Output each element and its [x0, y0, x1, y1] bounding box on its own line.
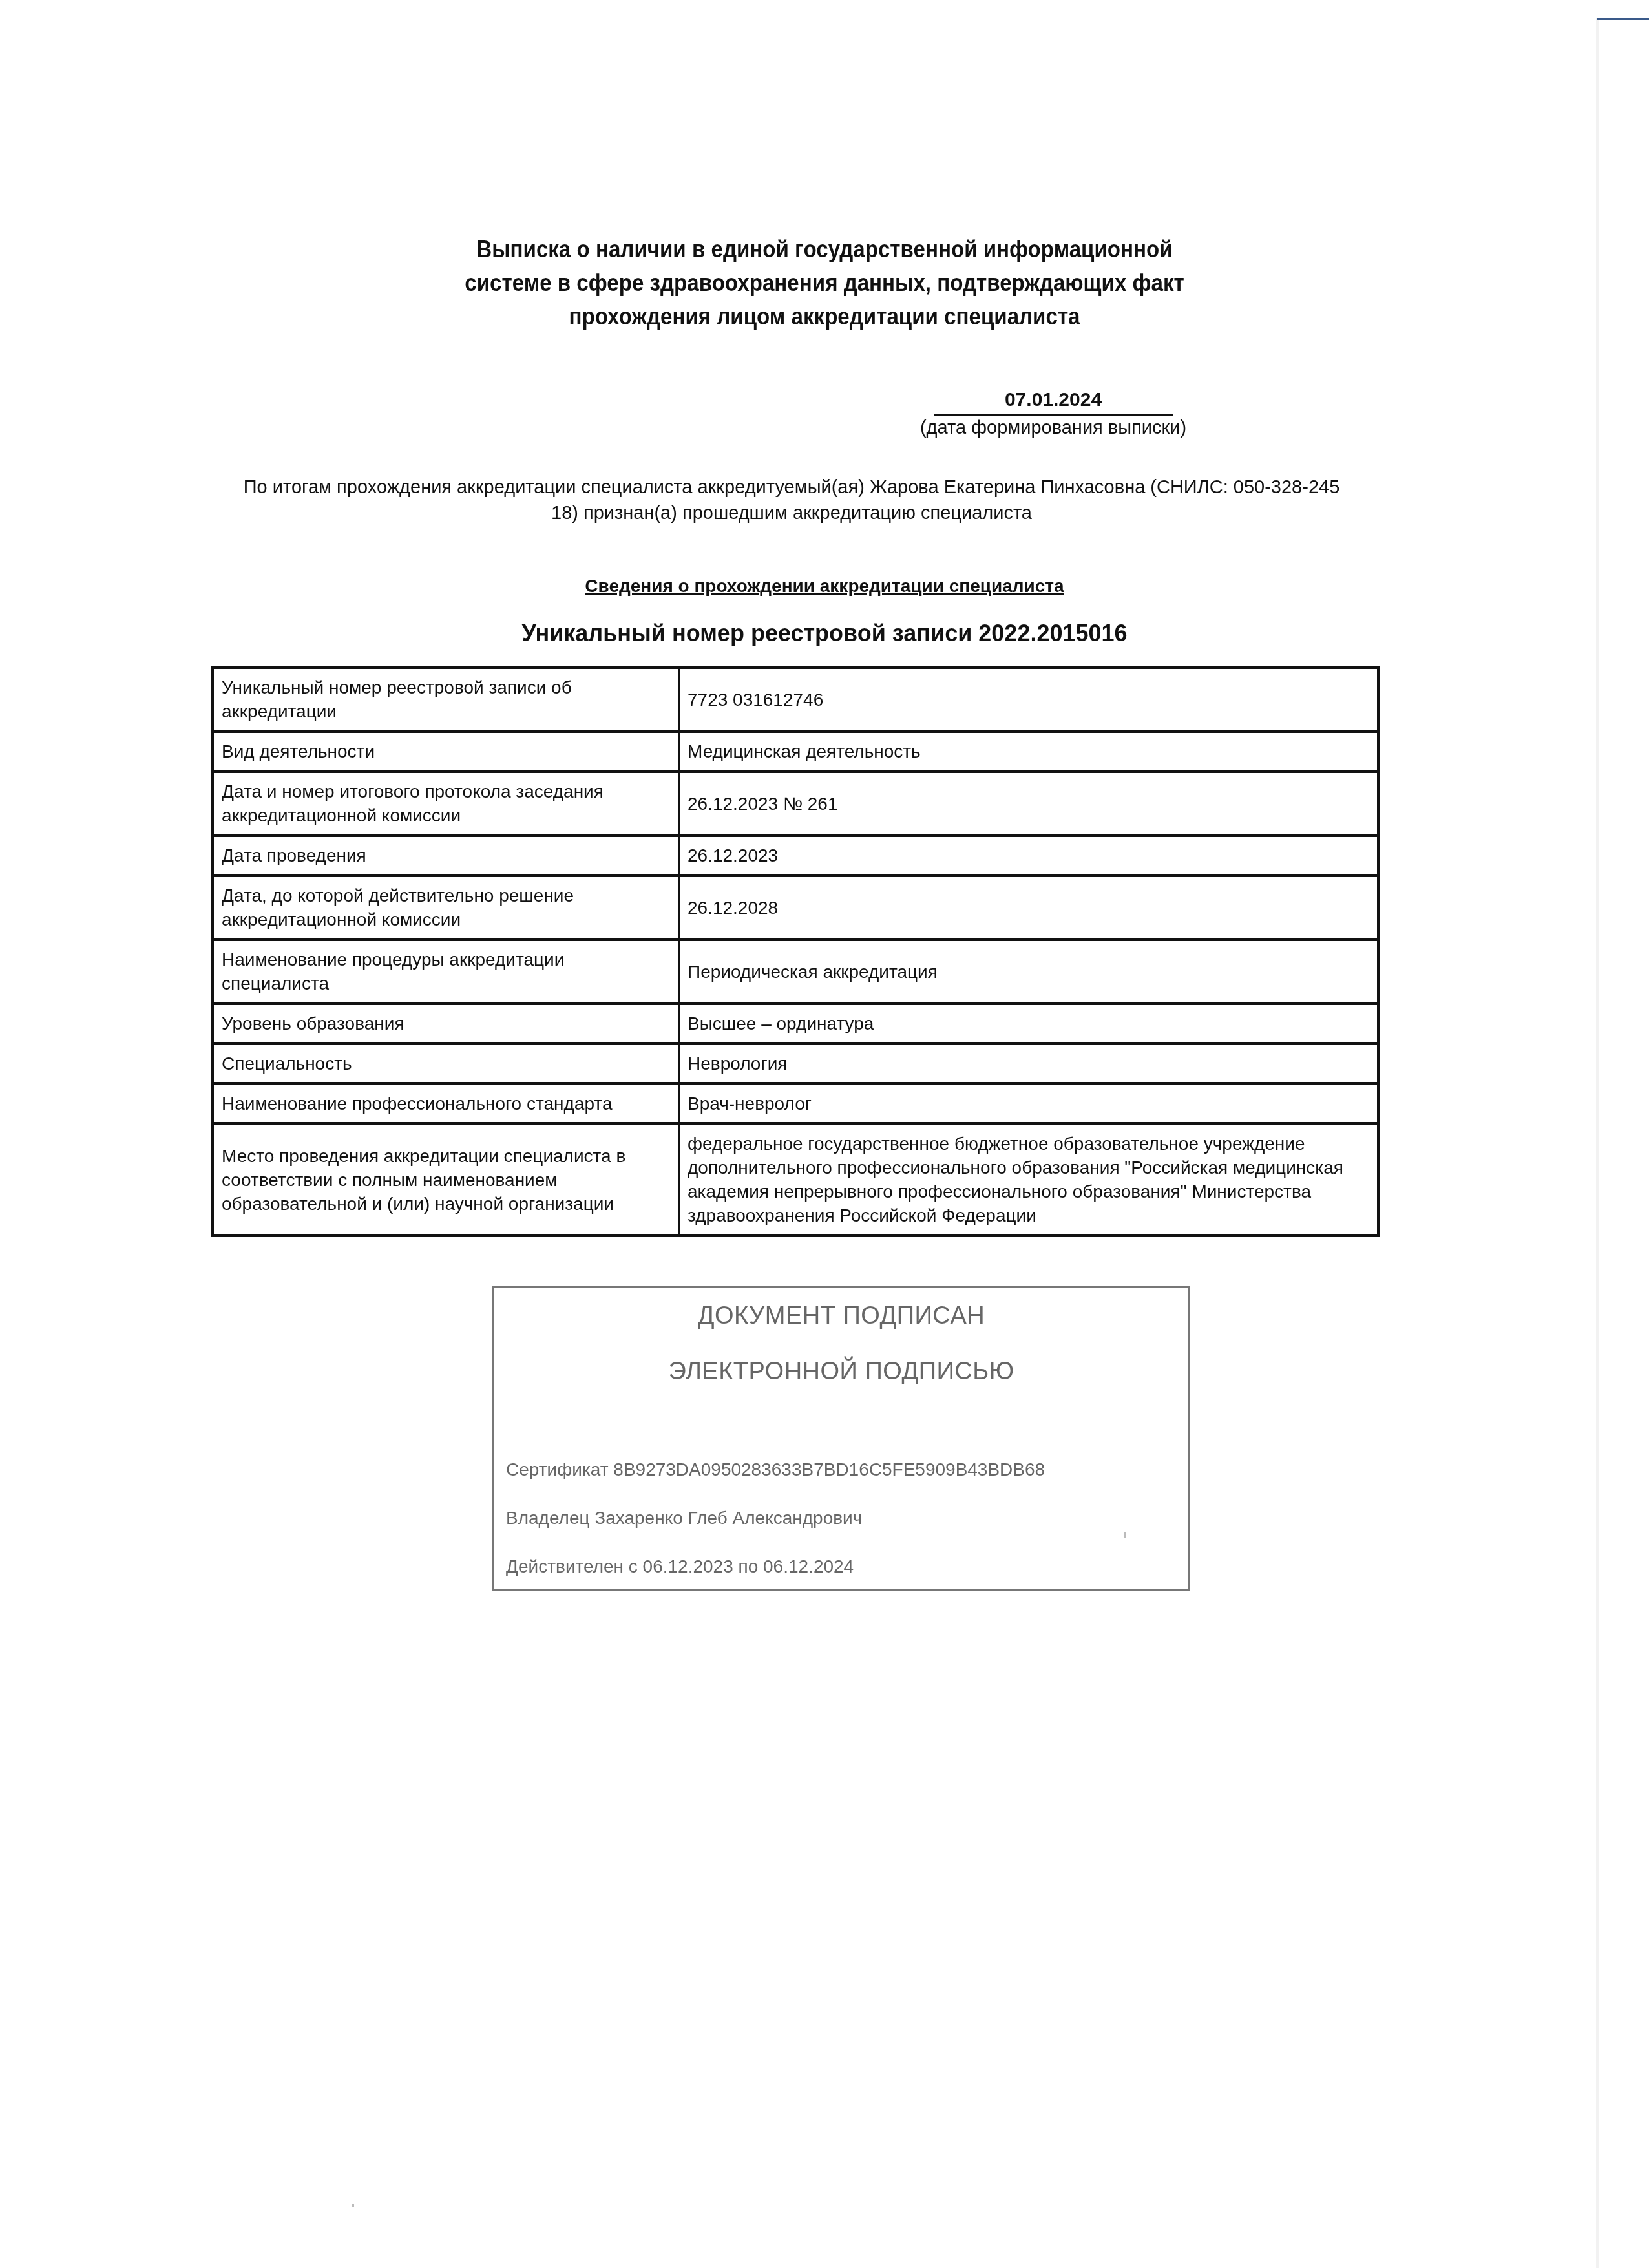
row-label: Уровень образования — [213, 1004, 679, 1044]
row-value: 26.12.2023 № 261 — [679, 772, 1379, 836]
row-label: Дата и номер итогового протокола заседан… — [213, 772, 679, 836]
signature-title-line1: ДОКУМЕНТ ПОДПИСАН — [494, 1302, 1188, 1330]
signature-owner: Владелец Захаренко Глеб Александрович — [506, 1508, 862, 1529]
row-label: Дата проведения — [213, 836, 679, 876]
table-row: Место проведения аккредитации специалист… — [213, 1124, 1379, 1236]
issue-date-caption: (дата формирования выписки) — [911, 416, 1195, 440]
table-row: Дата, до которой действительно решение а… — [213, 876, 1379, 940]
title-line: прохождения лицом аккредитации специалис… — [66, 300, 1583, 334]
table-row: Дата проведения26.12.2023 — [213, 836, 1379, 876]
row-label: Уникальный номер реестровой записи об ак… — [213, 668, 679, 732]
table-row: Уровень образованияВысшее – ординатура — [213, 1004, 1379, 1044]
section-heading: Сведения о прохождении аккредитации спец… — [0, 574, 1649, 599]
row-label: Наименование процедуры аккредитации спец… — [213, 940, 679, 1004]
title-line: Выписка о наличии в единой государственн… — [66, 233, 1583, 266]
electronic-signature-stamp: ДОКУМЕНТ ПОДПИСАН ЭЛЕКТРОННОЙ ПОДПИСЬЮ С… — [492, 1286, 1190, 1591]
title-line: системе в сфере здравоохранения данных, … — [66, 266, 1583, 300]
intro-line: 18) признан(а) прошедшим аккредитацию сп… — [213, 500, 1370, 526]
row-value: Врач-невролог — [679, 1084, 1379, 1124]
intro-paragraph: По итогам прохождения аккредитации специ… — [213, 474, 1370, 526]
issue-date: 07.01.2024 — [934, 388, 1173, 416]
table-row: Вид деятельностиМедицинская деятельность — [213, 732, 1379, 772]
row-label: Место проведения аккредитации специалист… — [213, 1124, 679, 1236]
signature-certificate: Сертификат 8B9273DA0950283633B7BD16C5FE5… — [506, 1459, 1045, 1480]
scan-edge-mark — [1597, 18, 1649, 20]
row-label: Наименование профессионального стандарта — [213, 1084, 679, 1124]
issue-date-block: 07.01.2024 (дата формирования выписки) — [911, 388, 1195, 440]
row-value: Периодическая аккредитация — [679, 940, 1379, 1004]
table-row: СпециальностьНеврология — [213, 1044, 1379, 1084]
accreditation-table: Уникальный номер реестровой записи об ак… — [211, 666, 1380, 1237]
signature-validity: Действителен с 06.12.2023 по 06.12.2024 — [506, 1556, 854, 1577]
row-label: Специальность — [213, 1044, 679, 1084]
row-value: Высшее – ординатура — [679, 1004, 1379, 1044]
intro-line: По итогам прохождения аккредитации специ… — [213, 474, 1370, 500]
signature-title-line2: ЭЛЕКТРОННОЙ ПОДПИСЬЮ — [494, 1358, 1188, 1386]
row-value: 7723 031612746 — [679, 668, 1379, 732]
table-row: Наименование процедуры аккредитации спец… — [213, 940, 1379, 1004]
scan-speck — [352, 2204, 354, 2207]
scan-speck — [1124, 1532, 1126, 1538]
scan-edge — [1596, 18, 1599, 2268]
table-row: Наименование профессионального стандарта… — [213, 1084, 1379, 1124]
row-value: 26.12.2023 — [679, 836, 1379, 876]
document-title: Выписка о наличии в единой государственн… — [66, 233, 1583, 334]
record-number-heading: Уникальный номер реестровой записи 2022.… — [0, 618, 1649, 649]
table-row: Уникальный номер реестровой записи об ак… — [213, 668, 1379, 732]
row-value: Неврология — [679, 1044, 1379, 1084]
row-value: федеральное государственное бюджетное об… — [679, 1124, 1379, 1236]
table-row: Дата и номер итогового протокола заседан… — [213, 772, 1379, 836]
row-label: Вид деятельности — [213, 732, 679, 772]
row-label: Дата, до которой действительно решение а… — [213, 876, 679, 940]
row-value: 26.12.2028 — [679, 876, 1379, 940]
section-heading-text: Сведения о прохождении аккредитации спец… — [585, 576, 1064, 596]
row-value: Медицинская деятельность — [679, 732, 1379, 772]
